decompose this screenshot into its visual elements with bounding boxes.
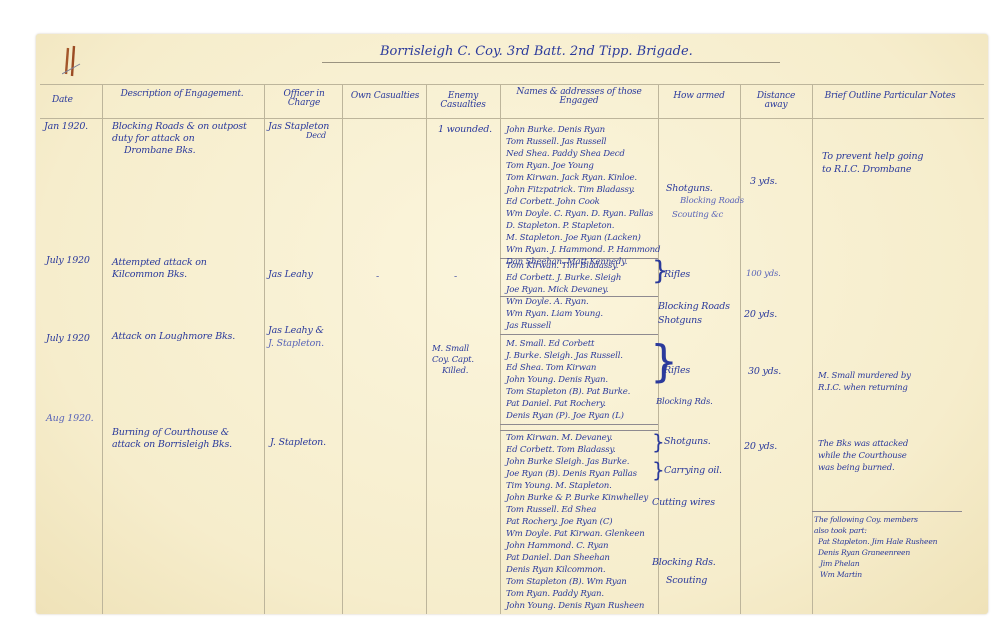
name-entry: Tom Ryan. Joe Young bbox=[506, 160, 660, 172]
rust-pin-mark-icon bbox=[62, 44, 82, 80]
row3-outline: M. Small murdered by bbox=[818, 372, 911, 381]
row3-officer: Jas Leahy & bbox=[268, 326, 324, 336]
names-box-rule bbox=[500, 424, 658, 425]
name-entry: Tom Russell. Ed Shea bbox=[506, 504, 648, 516]
name-entry: M. Small. Ed Corbett bbox=[506, 338, 630, 350]
header-own-casualties: Own Casualties bbox=[350, 92, 420, 101]
row4-outline: while the Courthouse bbox=[818, 452, 907, 461]
name-entry: Joe Ryan (B). Denis Ryan Pallas bbox=[506, 468, 648, 480]
brace-icon: } bbox=[650, 340, 678, 384]
row1-armed: Scouting &c bbox=[672, 211, 723, 220]
row2-description-line: Kilcommon Bks. bbox=[112, 270, 187, 280]
row4-description-line: Burning of Courthouse & bbox=[112, 428, 229, 438]
row2-armed: Rifles bbox=[664, 270, 690, 280]
name-entry: Denis Ryan (P). Joe Ryan (L) bbox=[506, 410, 630, 422]
name-entry: Ed Corbett. J. Burke. Sleigh bbox=[506, 272, 621, 284]
name-entry: Pat Daniel. Dan Sheehan bbox=[506, 552, 648, 564]
header-date: Date bbox=[52, 96, 73, 105]
row4-date: Aug 1920. bbox=[46, 414, 93, 424]
brace-icon: } bbox=[652, 460, 665, 480]
header-distance: Distance away bbox=[746, 92, 806, 110]
name-entry: John Hammond. C. Ryan bbox=[506, 540, 648, 552]
row1-distance: 3 yds. bbox=[750, 177, 777, 187]
row2-armed: Shotguns bbox=[658, 316, 702, 326]
row1-date: Jan 1920. bbox=[44, 122, 88, 132]
row2-armed: Blocking Roads bbox=[658, 302, 730, 312]
row4-armed: Blocking Rds. bbox=[652, 558, 716, 568]
note-line: Denis Ryan Graneenreen bbox=[814, 547, 937, 558]
name-entry: Tom Kirwan. M. Devaney. bbox=[506, 432, 648, 444]
note-line: Jim Phelan bbox=[814, 558, 937, 569]
row3-armed: Blocking Rds. bbox=[656, 398, 713, 407]
row4-armed: Carrying oil. bbox=[664, 466, 722, 476]
row2-distance: 20 yds. bbox=[744, 310, 777, 320]
row1-armed: Shotguns. bbox=[666, 184, 713, 194]
name-entry: Denis Ryan Kilcommon. bbox=[506, 564, 648, 576]
col-divider bbox=[264, 84, 265, 614]
row4-armed: Shotguns. bbox=[664, 437, 711, 447]
row1-outline: To prevent help going bbox=[822, 152, 923, 162]
row1-armed: Blocking Roads bbox=[680, 197, 744, 206]
row4-names: Tom Kirwan. M. Devaney. Ed Corbett. Tom … bbox=[506, 432, 648, 612]
row1-description-line: Drombane Bks. bbox=[124, 146, 195, 156]
header-names: Names & addresses of those Engaged bbox=[506, 88, 652, 106]
title-underline bbox=[322, 62, 780, 63]
name-entry: Wm Doyle. C. Ryan. D. Ryan. Pallas bbox=[506, 208, 660, 220]
name-entry: Tom Stapleton (B). Wm Ryan bbox=[506, 576, 648, 588]
col-divider bbox=[812, 84, 813, 614]
name-entry: Ed Corbett. Tom Bladassy. bbox=[506, 444, 648, 456]
name-entry: Tom Stapleton (B). Pat Burke. bbox=[506, 386, 630, 398]
name-entry: M. Stapleton. Joe Ryan (Lacken) bbox=[506, 232, 660, 244]
name-entry: John Burke Sleigh. Jas Burke. bbox=[506, 456, 648, 468]
row4-distance: 20 yds. bbox=[744, 442, 777, 452]
note-line: also took part: bbox=[814, 525, 937, 536]
note-box-rule bbox=[812, 511, 962, 512]
row3-armed: Rifles bbox=[664, 366, 690, 376]
names-box-rule bbox=[500, 334, 658, 335]
col-divider bbox=[740, 84, 741, 614]
row2-officer: Jas Leahy bbox=[268, 270, 313, 280]
name-entry: Pat Rochery. Joe Ryan (C) bbox=[506, 516, 648, 528]
col-divider bbox=[426, 84, 427, 614]
row2-date: July 1920 bbox=[46, 256, 90, 266]
row1-outline: to R.I.C. Drombane bbox=[822, 165, 911, 175]
row3-outline: R.I.C. when returning bbox=[818, 384, 908, 393]
name-entry: Jas Russell bbox=[506, 320, 621, 332]
header-bottom-rule bbox=[40, 118, 984, 119]
col-divider bbox=[500, 84, 501, 614]
row3-distance: 30 yds. bbox=[748, 367, 781, 377]
names-box-rule bbox=[500, 430, 658, 431]
row4-description-line: attack on Borrisleigh Bks. bbox=[112, 440, 232, 450]
brace-icon: } bbox=[652, 432, 665, 452]
name-entry: D. Stapleton. P. Stapleton. bbox=[506, 220, 660, 232]
header-armed: How armed bbox=[666, 92, 732, 101]
row3-date: July 1920 bbox=[46, 334, 90, 344]
name-entry: Wm Ryan. Liam Young. bbox=[506, 308, 621, 320]
row4-outline: The Bks was attacked bbox=[818, 440, 908, 449]
document-title: Borrisleigh C. Coy. 3rd Batt. 2nd Tipp. … bbox=[380, 44, 693, 59]
col-divider bbox=[102, 84, 103, 614]
header-enemy-casualties: Enemy Casualties bbox=[430, 92, 496, 110]
table-top-rule bbox=[40, 84, 984, 85]
name-entry: Tom Ryan. Paddy Ryan. bbox=[506, 588, 648, 600]
name-entry: John Burke. Denis Ryan bbox=[506, 124, 660, 136]
row1-officer-note: Decd bbox=[306, 132, 326, 140]
header-description: Description of Engagement. bbox=[112, 90, 252, 99]
row1-description-line: duty for attack on bbox=[112, 134, 195, 144]
name-entry: Tom Kirwan. Tim Bladassy. bbox=[506, 260, 621, 272]
name-entry: Wm Doyle. A. Ryan. bbox=[506, 296, 621, 308]
note-line: Wm Martin bbox=[814, 569, 937, 580]
col-divider bbox=[342, 84, 343, 614]
note-line: The following Coy. members bbox=[814, 514, 937, 525]
name-entry: Ned Shea. Paddy Shea Decd bbox=[506, 148, 660, 160]
name-entry: Pat Daniel. Pat Rochery. bbox=[506, 398, 630, 410]
row2-own-casualties: - bbox=[376, 272, 379, 282]
row4-armed: Cutting wires bbox=[652, 498, 715, 508]
row3-enemy-casualties: Killed. bbox=[442, 367, 468, 376]
row4-additional-members-note: The following Coy. members also took par… bbox=[814, 514, 937, 580]
row2-enemy-casualties: - bbox=[454, 272, 457, 282]
row4-outline: was being burned. bbox=[818, 464, 894, 473]
name-entry: Tim Young. M. Stapleton. bbox=[506, 480, 648, 492]
row3-names: M. Small. Ed Corbett J. Burke. Sleigh. J… bbox=[506, 338, 630, 422]
name-entry: J. Burke. Sleigh. Jas Russell. bbox=[506, 350, 630, 362]
row1-enemy-casualties: 1 wounded. bbox=[438, 125, 492, 135]
row4-officer: J. Stapleton. bbox=[270, 438, 326, 448]
row3-officer: J. Stapleton. bbox=[268, 339, 324, 349]
row3-description-line: Attack on Loughmore Bks. bbox=[112, 332, 235, 342]
row4-armed: Scouting bbox=[666, 576, 707, 586]
row3-enemy-casualties: M. Small bbox=[432, 345, 469, 354]
note-line: Pat Stapleton. Jim Hale Rusheen bbox=[814, 536, 937, 547]
name-entry: Wm Ryan. J. Hammond. P. Hammond bbox=[506, 244, 660, 256]
name-entry: Joe Ryan. Mick Devaney. bbox=[506, 284, 621, 296]
name-entry: John Young. Denis Ryan Rusheen bbox=[506, 600, 648, 612]
name-entry: Ed Corbett. John Cook bbox=[506, 196, 660, 208]
header-outline: Brief Outline Particular Notes bbox=[820, 92, 960, 101]
name-entry: Tom Kirwan. Jack Ryan. Kinloe. bbox=[506, 172, 660, 184]
row2-names: Tom Kirwan. Tim Bladassy. Ed Corbett. J.… bbox=[506, 260, 621, 332]
name-entry: Ed Shea. Tom Kirwan bbox=[506, 362, 630, 374]
row2-distance: 100 yds. bbox=[746, 270, 781, 279]
name-entry: Tom Russell. Jas Russell bbox=[506, 136, 660, 148]
row1-description-line: Blocking Roads & on outpost bbox=[112, 122, 247, 132]
row2-description-line: Attempted attack on bbox=[112, 258, 207, 268]
header-officer: Officer in Charge bbox=[270, 90, 338, 108]
name-entry: Wm Doyle. Pat Kirwan. Glenkeen bbox=[506, 528, 648, 540]
name-entry: John Burke & P. Burke Kinwhelley bbox=[506, 492, 648, 504]
row1-names: John Burke. Denis Ryan Tom Russell. Jas … bbox=[506, 124, 660, 268]
name-entry: John Fitzpatrick. Tim Bladassy. bbox=[506, 184, 660, 196]
name-entry: John Young. Denis Ryan. bbox=[506, 374, 630, 386]
row3-enemy-casualties: Coy. Capt. bbox=[432, 356, 474, 365]
